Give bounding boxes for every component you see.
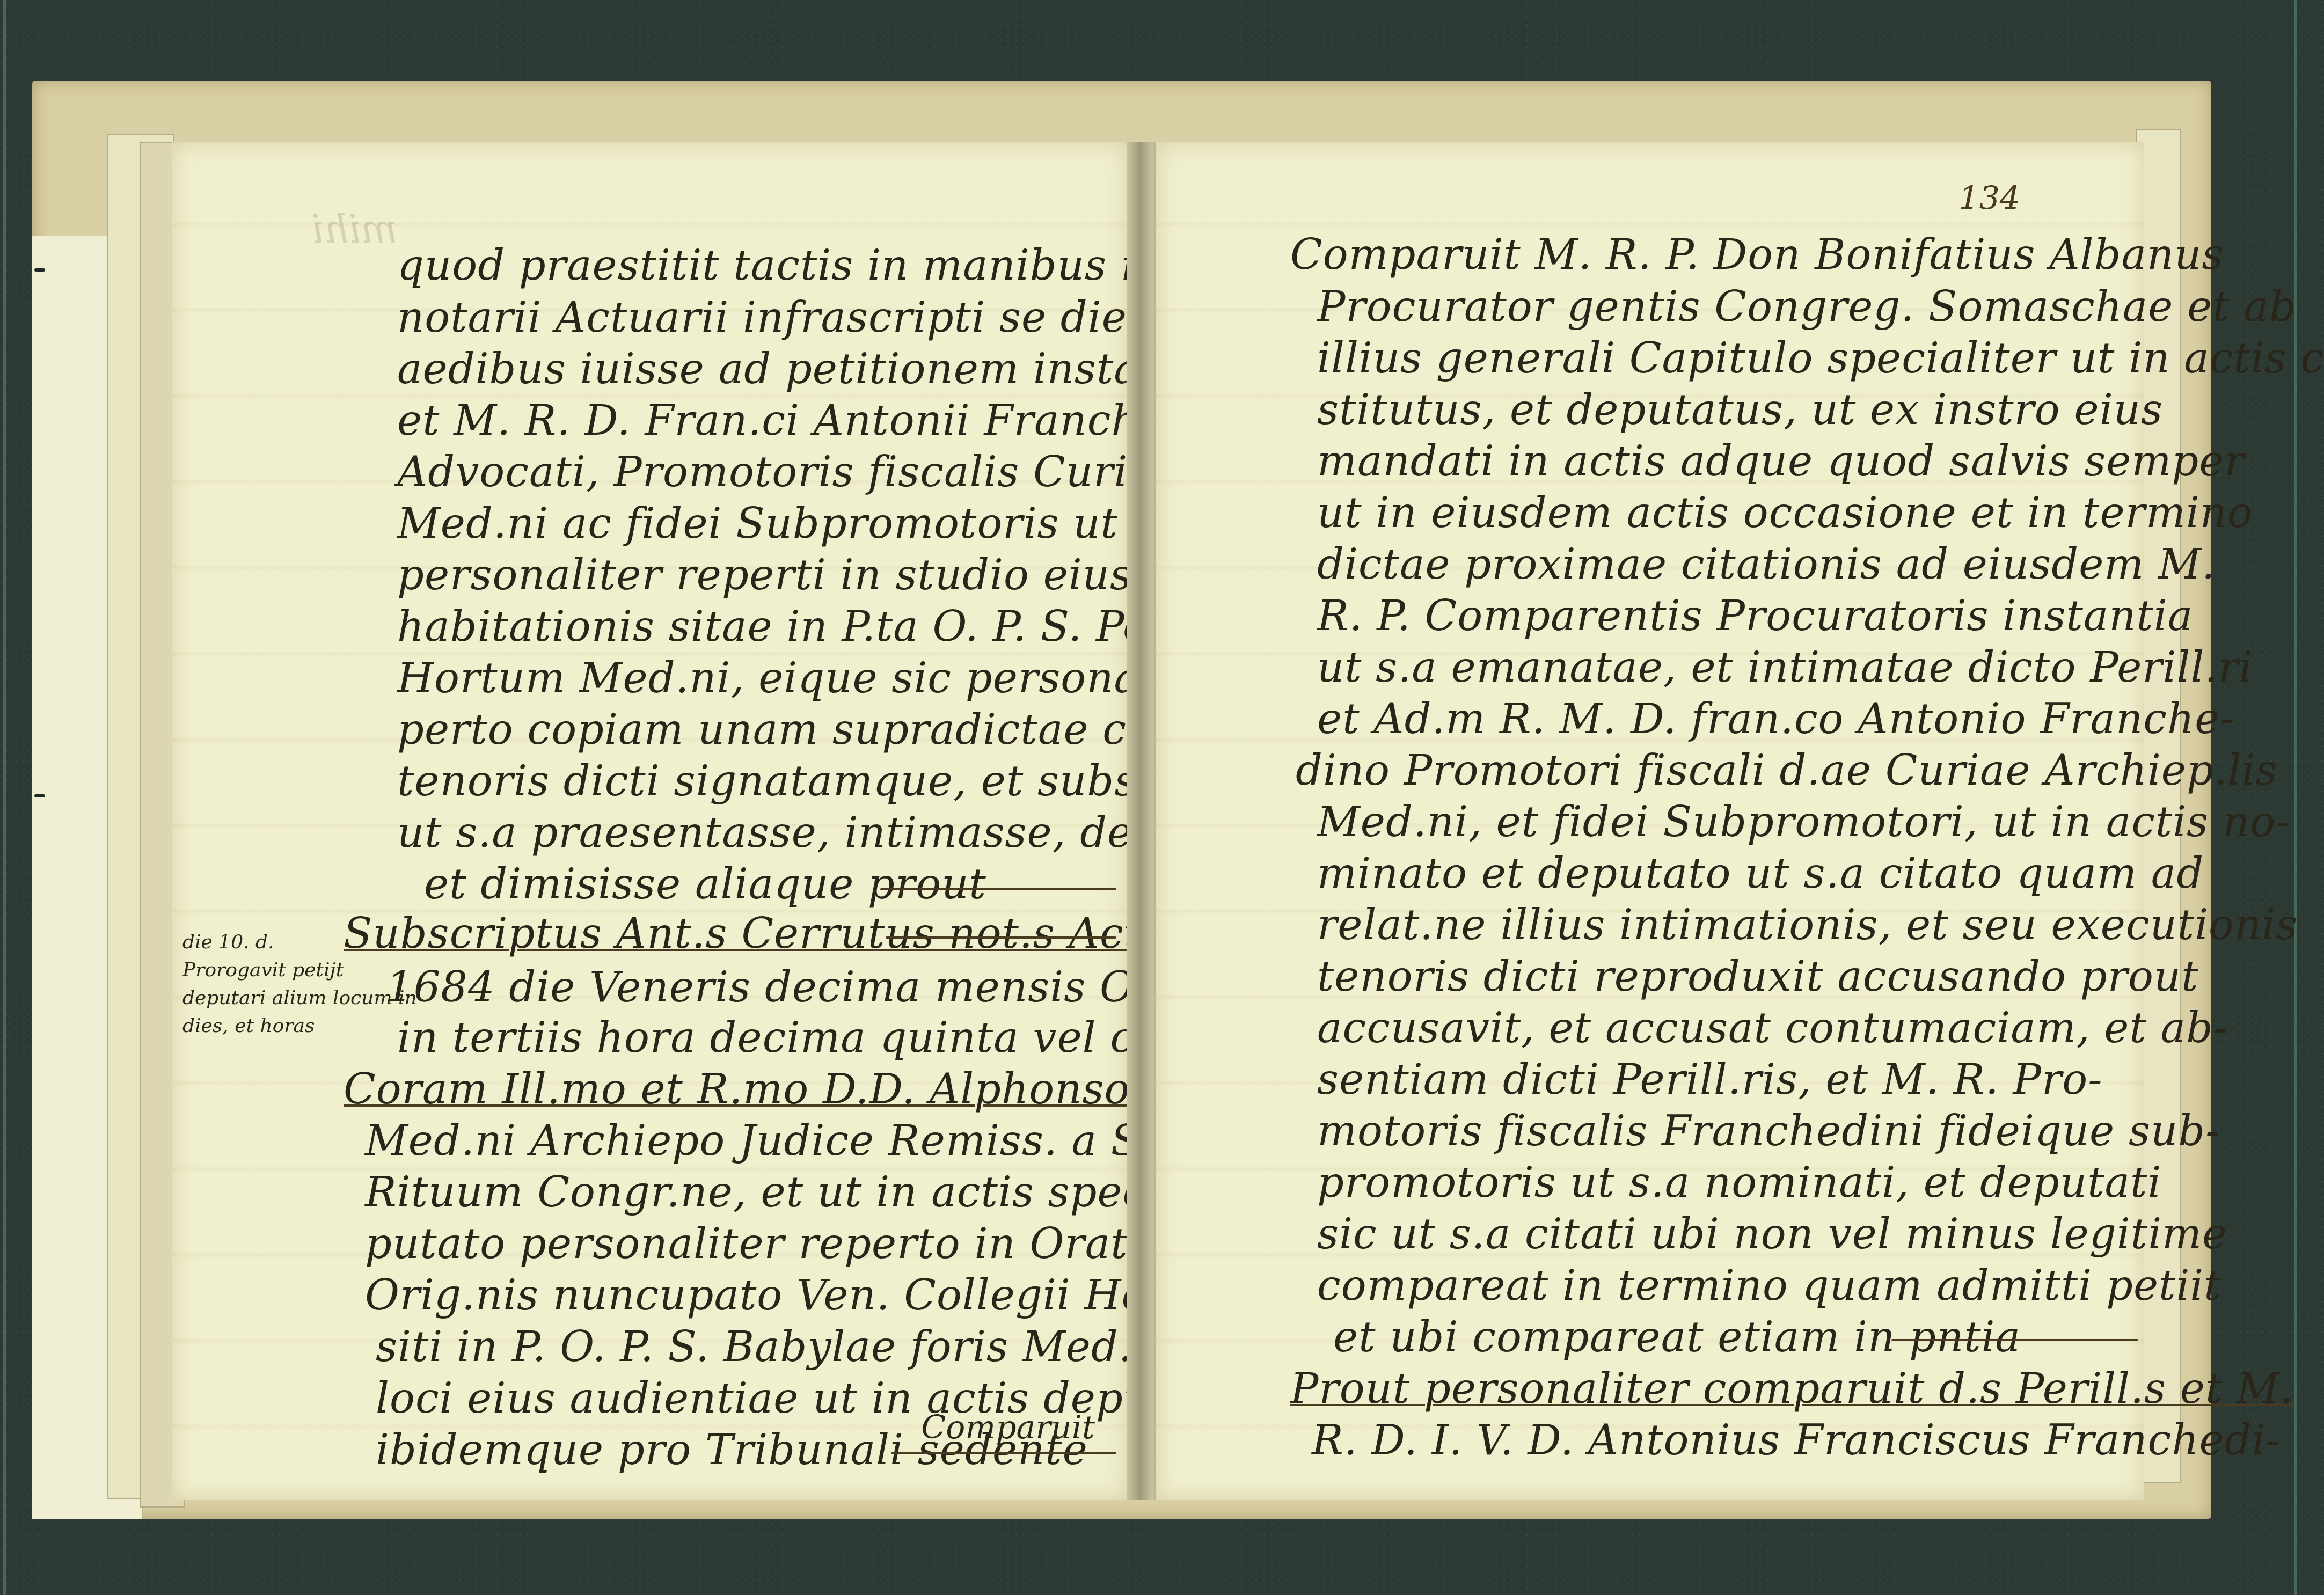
text-line: promotoris ut s.a nominati, et deputati [1317,1159,2161,1207]
text-line: ut in eiusdem actis occasione et in term… [1317,489,2253,537]
text-line: Med.ni Archiepo Judice Remiss. a Sacra [365,1117,1236,1165]
line-filler-rule [886,936,1116,939]
text-line: R. D. I. V. D. Antonius Franciscus Franc… [1312,1416,2281,1465]
margin-note-line: die 10. d. [182,928,360,956]
text-line: minato et deputato ut s.a citato quam ad [1317,850,2204,898]
text-line: sic ut s.a citati ubi non vel minus legi… [1317,1210,2227,1259]
text-line: in tertiis hora decima quinta vel circa [397,1014,1218,1062]
text-line: tenoris dicti reproduxit accusando prout [1317,953,2199,1001]
margin-note-line: dies, et horas [182,1012,360,1040]
text-line: putato personaliter reperto in Oratorio [365,1220,1214,1268]
text-line: Prout personaliter comparuit d.s Perill.… [1290,1365,2294,1413]
left-page: mihi quod praestitit tactis in manibus m… [172,142,1130,1500]
text-line: Comparuit M. R. P. Don Bonifatius Albanu… [1290,231,2224,279]
right-page: 134 Comparuit M. R. P. Don Bonifatius Al… [1153,142,2144,1500]
text-line: quod praestitit tactis in manibus mei [397,242,1200,290]
text-line: stitutus, et deputatus, ut ex instro eiu… [1317,386,2163,434]
line-filler-rule [891,1452,1116,1454]
text-line: relat.ne illius intimationis, et seu exe… [1317,901,2298,949]
book-gutter [1127,142,1153,1500]
text-line: et M. R. D. Fran.ci Antonii Franchedini [397,397,1247,445]
text-line: et ubi compareat etiam in pntia [1333,1313,2021,1362]
margin-note-line: Prorogavit petijt [182,956,360,984]
text-line: loci eius audientiae ut in actis deputat… [376,1374,1247,1423]
ink-fragment [34,794,45,797]
text-line: et dimisisse aliaque prout [424,860,986,909]
folio-number: 134 [1958,180,2020,217]
text-line: ut s.a emanatae, et intimatae dicto Peri… [1317,643,2253,692]
text-line: Med.ni ac fidei Subpromotoris ut s.a [397,500,1193,548]
text-line: et Ad.m R. M. D. fran.co Antonio Franche… [1317,695,2235,743]
margin-note: die 10. d. Prorogavit petijt deputari al… [182,928,360,1040]
text-line: accusavit, et accusat contumaciam, et ab… [1317,1004,2228,1052]
catchword: Comparuit [921,1409,1095,1446]
line-filler-rule [1891,1339,2138,1341]
text-line-signature: Subscriptus Ant.s Cerrutus not.s Act.s [344,910,1177,958]
text-line: illius generali Capitulo specialiter ut … [1317,334,2324,383]
text-line: Med.ni, et fidei Subpromotori, ut in act… [1317,798,2291,846]
margin-note-line: deputari alium locum in [182,984,360,1012]
text-line: Coram Ill.mo et R.mo D.D. Alphonso Litta [344,1065,1246,1114]
text-line: dino Promotori fiscali d.ae Curiae Archi… [1296,747,2278,795]
text-line: compareat in termino quam admitti petiit [1317,1262,2221,1310]
show-through-text: mihi [311,207,398,252]
glass-edge-left [3,0,6,1595]
text-line: Procurator gentis Congreg. Somaschae et … [1317,283,2297,331]
text-line: sentiam dicti Perill.ris, et M. R. Pro- [1317,1056,2103,1104]
glass-edge-right [2294,0,2297,1595]
text-line: dictae proximae citationis ad eiusdem M. [1317,540,2216,589]
line-filler-rule [880,888,1116,890]
text-line: motoris fiscalis Franchedini fideique su… [1317,1107,2220,1155]
text-line: mandati in actis adque quod salvis sempe… [1317,437,2245,486]
ink-fragment [34,268,45,272]
text-line: ut s.a praesentasse, intimasse, dedisse [397,809,1243,857]
text-line: R. P. Comparentis Procuratoris instantia [1317,592,2193,640]
